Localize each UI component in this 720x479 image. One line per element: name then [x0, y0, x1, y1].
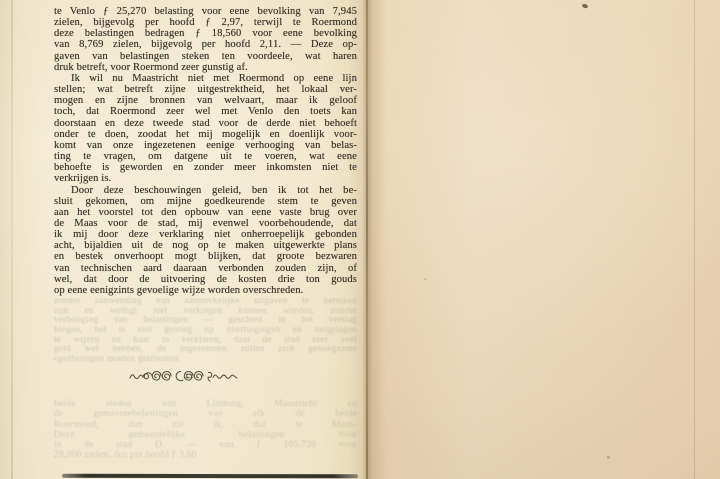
- showthrough-line: zijn en welligt met verkregen kunnen wor…: [54, 307, 357, 317]
- text-line: aan het voorstel tot den opbouw van eene…: [54, 207, 357, 218]
- text-line: behoefte is geworden en zonder meer inko…: [54, 162, 357, 173]
- showthrough-lower: beide steden van Limburg, Maastricht end…: [54, 399, 357, 461]
- text-line: Ik wil nu Maastricht niet met Roermond o…: [54, 73, 357, 84]
- showthrough-line: zonder aanwending van aanmerkelijke uitg…: [54, 297, 357, 307]
- page-text: te Venlo ƒ 25,270 belasting voor eene be…: [54, 6, 357, 296]
- text-line: komt van onze ingezetenen eenige verhoog…: [54, 140, 357, 151]
- text-line: gaven van belastingen steken ten voordee…: [54, 51, 357, 62]
- text-line: druk betreft, voor Roermond zeer gunstig…: [54, 62, 357, 73]
- right-page-crease: [694, 0, 695, 479]
- showthrough-line: biegen, het is niet genoeg op overtuigin…: [54, 326, 357, 336]
- left-page-edge-crease: [11, 0, 13, 479]
- left-page: te Venlo ƒ 25,270 belasting voor eene be…: [0, 0, 366, 479]
- text-line: verkrijgen is.: [54, 173, 357, 184]
- text-line: doorstaan en deze tweede stad voor de de…: [54, 118, 357, 129]
- text-line: wel, dat door de uitvoering de kosten dr…: [54, 274, 357, 285]
- text-line: stellen; wat betreft zijne uitgestrekthe…: [54, 84, 357, 95]
- text-line: ik mij door deze verklaring niet onherro…: [54, 229, 357, 240]
- showthrough-line: geld wel hebben, de ingezetenen zullen z…: [54, 345, 357, 355]
- text-line: mogen en zijne bronnen van welvaart, maa…: [54, 95, 357, 106]
- text-line: acht, bijaldien uit de nog op te maken u…: [54, 240, 357, 251]
- gutter-fold-line: [366, 0, 368, 479]
- showthrough-upper: zonder aanwending van aanmerkelijke uitg…: [54, 297, 357, 365]
- showthrough-line: Deze gemeentelijke belastingen voor: [54, 430, 357, 440]
- showthrough-line: de gemeentebelastingen van elk de beide: [54, 409, 357, 419]
- flourish-ornament-icon: [128, 368, 242, 384]
- paper-speck: [424, 278, 427, 280]
- showthrough-line: opofferingen moeten getroosten: [54, 355, 357, 365]
- text-line: Door deze beschouwingen geleid, ben ik t…: [54, 185, 357, 196]
- showthrough-line: in de stad D. — van ƒ 105,720 voor: [54, 440, 357, 450]
- paper-speck: [607, 456, 610, 459]
- text-line: zielen, bijgevolg per hoofd ƒ 2,97, terw…: [54, 17, 357, 28]
- book-bottom-edge: [62, 474, 358, 479]
- text-line: de Maas voor de stad, mij evenwel voorbe…: [54, 218, 357, 229]
- text-line: van technischen aard daaraan verbonden z…: [54, 263, 357, 274]
- showthrough-line: Roermond, dan zie ik, dat te Maas-: [54, 420, 357, 430]
- showthrough-line: verhooging van belastingen — geschied in…: [54, 316, 357, 326]
- showthrough-line: te wijzen en haar te verklaren, daar de …: [54, 336, 357, 346]
- book-gutter: [348, 0, 386, 479]
- ink-speck: [581, 3, 588, 9]
- right-page: [366, 0, 720, 479]
- text-line: te Venlo ƒ 25,270 belasting voor eene be…: [54, 6, 357, 17]
- text-line: van 8,769 zielen, bijgevolg per hoofd 2,…: [54, 39, 357, 50]
- showthrough-line: 28,000 zielen, dus per hoofd ƒ 3,60: [54, 450, 357, 460]
- text-line: sluit gekomen, om mijne goedkeurende ste…: [54, 196, 357, 207]
- text-line: op eene eenigzints gevoelige wijze worde…: [54, 285, 357, 296]
- text-line: toch, dat Roermond zeer wel met Venlo de…: [54, 106, 357, 117]
- text-line: onder te doen, zoodat het mij mogelijk e…: [54, 129, 357, 140]
- book-spread: te Venlo ƒ 25,270 belasting voor eene be…: [0, 0, 720, 479]
- showthrough-line: beide steden van Limburg, Maastricht en: [54, 399, 357, 409]
- text-line: en bestek onverhoopt mogt blijken, dat g…: [54, 251, 357, 262]
- text-line: ting te vragen, om datgene uit te voeren…: [54, 151, 357, 162]
- text-line: deze belastingen bedragen ƒ 18,560 voor …: [54, 28, 357, 39]
